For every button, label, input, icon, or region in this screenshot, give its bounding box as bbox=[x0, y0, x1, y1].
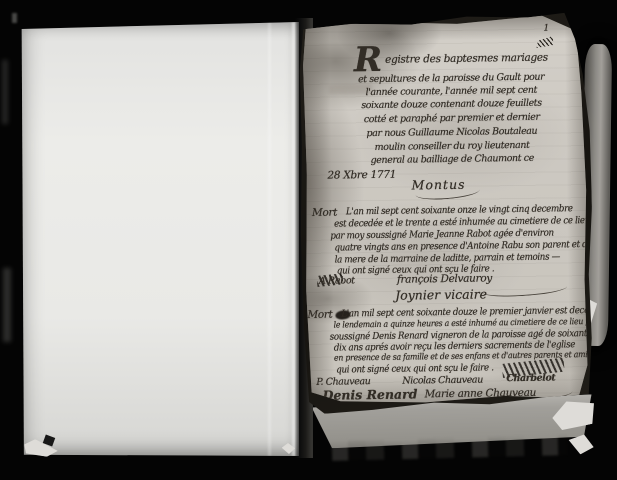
title-line: Registre des baptesmes mariages bbox=[328, 45, 574, 67]
title-line: soixante douze contenant douze feuillets bbox=[328, 97, 574, 111]
title-line: moulin conseiller du roy lieutenant bbox=[329, 139, 575, 153]
manuscript-page: 1 Registre des baptesmes mariages et sep… bbox=[297, 11, 595, 414]
scan-edge-smudge bbox=[2, 60, 8, 124]
signature: Joynier vicaire bbox=[395, 286, 487, 302]
signature: françois Delvauroy bbox=[397, 272, 492, 285]
title-line: cotté et paraphé par premier et dernier bbox=[329, 111, 575, 125]
title-line: general au bailliage de Chaumont ce bbox=[329, 152, 575, 166]
title-line: l'année courante, l'année mil sept cent bbox=[328, 84, 574, 98]
title-line: et sepultures de la paroisse du Gault po… bbox=[328, 71, 574, 85]
blank-verso-page bbox=[20, 22, 299, 456]
page-number: 1 bbox=[543, 24, 549, 34]
signature: Charbelot bbox=[506, 372, 555, 384]
margin-word: Mort bbox=[312, 207, 337, 219]
flourish bbox=[481, 285, 567, 299]
scan-edge-smudge bbox=[12, 13, 17, 23]
signature: P. Chauveau bbox=[316, 376, 370, 388]
title-line-text: egistre des baptesmes mariages bbox=[385, 52, 548, 66]
scan-edge-smudge bbox=[3, 268, 11, 342]
margin-word: Mort bbox=[307, 309, 332, 321]
title-line: par nous Guillaume Nicolas Boutaleau bbox=[329, 125, 575, 139]
manuscript-paper: 1 Registre des baptesmes mariages et sep… bbox=[301, 15, 589, 408]
signature: A Rabot bbox=[319, 275, 355, 286]
register-date: 28 Xbre 1771 bbox=[327, 169, 396, 182]
signature: Nicolas Chauveau bbox=[402, 375, 483, 387]
archival-scan: 1 Registre des baptesmes mariages et sep… bbox=[0, 0, 617, 480]
page-crease-highlight bbox=[268, 22, 271, 456]
